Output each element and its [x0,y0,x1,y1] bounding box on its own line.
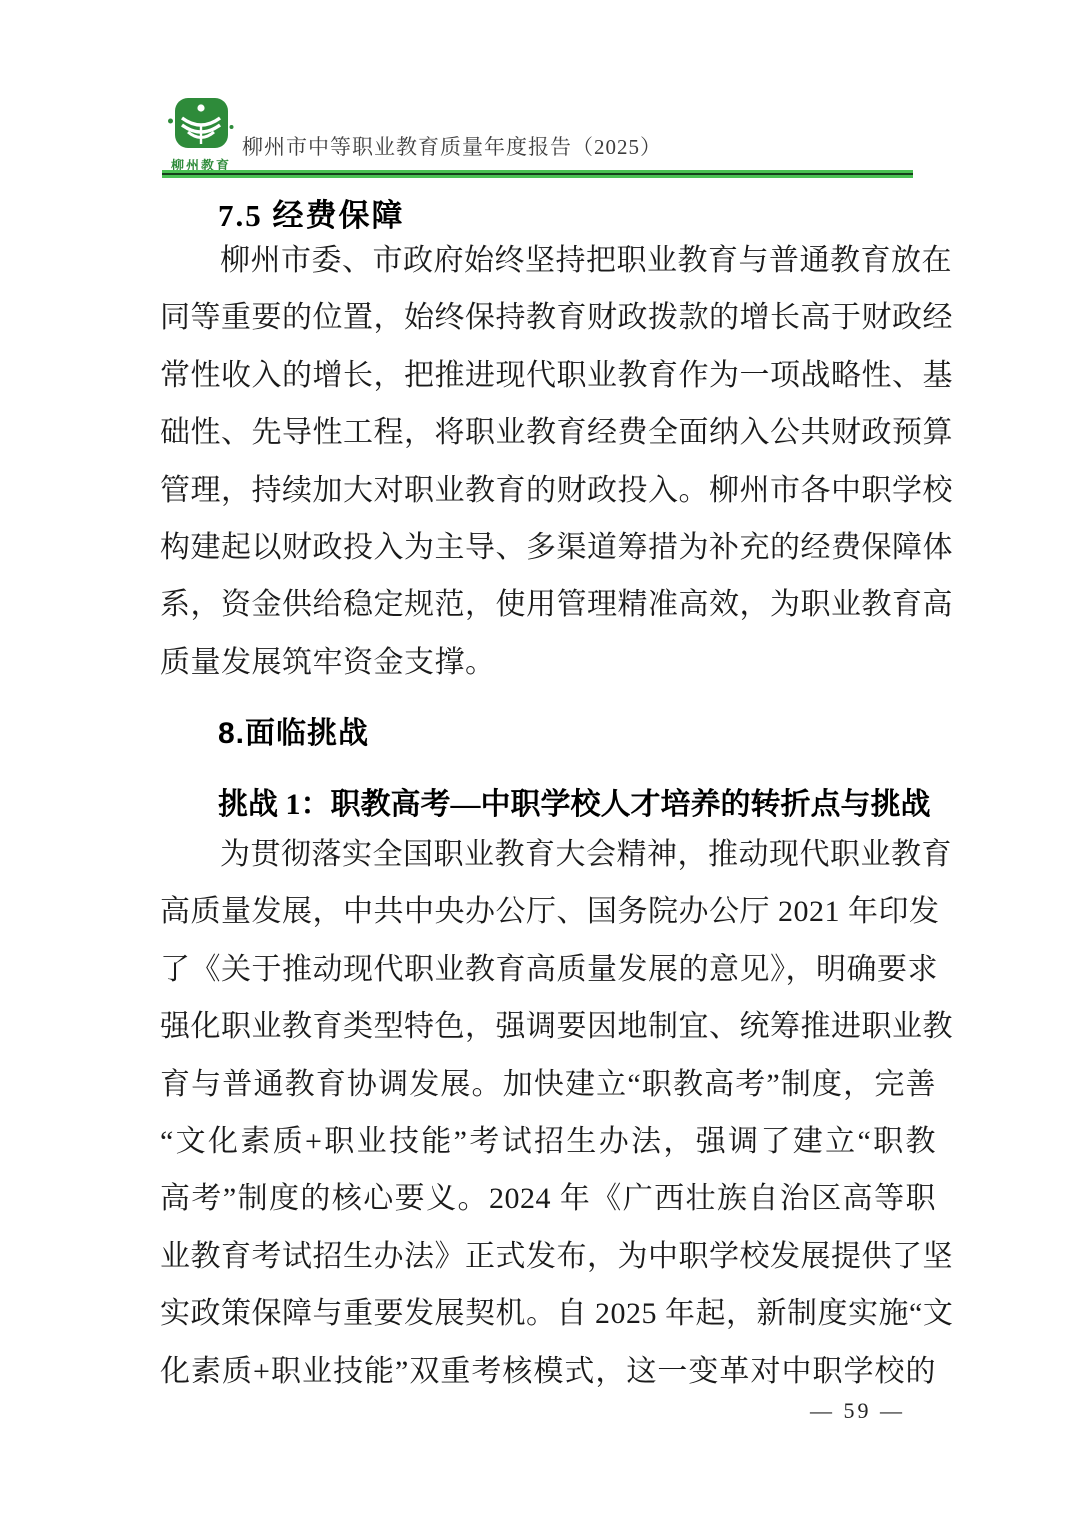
paragraph-challenge-1: 为贯彻落实全国职业教育大会精神，推动现代职业教育高质量发展，中共中央办公厅、国务… [160,826,936,1400]
text-line: 构建起以财政投入为主导、多渠道筹措为补充的经费保障体 [160,519,936,576]
text-line: 为贯彻落实全国职业教育大会精神，推动现代职业教育 [160,826,936,883]
text-line: 业教育考试招生办法》正式发布，为中职学校发展提供了坚 [160,1228,936,1285]
text-line: 高考”制度的核心要义。2024 年《广西壮族自治区高等职 [160,1170,936,1227]
text-line: 强化职业教育类型特色，强调要因地制宜、统筹推进职业教 [160,998,936,1055]
text-line: 柳州市委、市政府始终坚持把职业教育与普通教育放在 [160,232,936,289]
paragraph-funding-guarantee: 柳州市委、市政府始终坚持把职业教育与普通教育放在同等重要的位置，始终保持教育财政… [160,232,936,691]
text-line: 础性、先导性工程，将职业教育经费全面纳入公共财政预算 [160,404,936,461]
report-title: 柳州市中等职业教育质量年度报告（2025） [242,131,662,161]
header-divider-rule [162,170,913,178]
liuzhou-education-logo: 柳州教育 [165,98,237,174]
challenge-1-heading: 挑战 1：职教高考—中职学校人才培养的转折点与挑战 [218,779,936,823]
text-line: 系，资金供给稳定规范，使用管理精准高效，为职业教育高 [160,576,936,633]
section-heading-8: 8.面临挑战 [218,708,936,752]
text-line: 管理，持续加大对职业教育的财政投入。柳州市各中职学校 [160,462,936,519]
page-number: — 59 — [810,1398,905,1424]
document-page: 柳州教育 柳州市中等职业教育质量年度报告（2025） 7.5 经费保障 柳州市委… [0,0,1074,1520]
text-line: 高质量发展，中共中央办公厅、国务院办公厅 2021 年印发 [160,883,936,940]
text-line: 育与普通教育协调发展。加快建立“职教高考”制度，完善 [160,1056,936,1113]
text-line: 常性收入的增长，把推进现代职业教育作为一项战略性、基 [160,347,936,404]
text-line: 质量发展筑牢资金支撑。 [160,634,936,691]
section-heading-7-5: 7.5 经费保障 [218,190,936,235]
logo-icon [168,98,234,154]
text-line: “文化素质+职业技能”考试招生办法，强调了建立“职教 [160,1113,936,1170]
text-line: 了《关于推动现代职业教育高质量发展的意见》，明确要求 [160,941,936,998]
text-line: 同等重要的位置，始终保持教育财政拨款的增长高于财政经 [160,289,936,346]
text-line: 实政策保障与重要发展契机。自 2025 年起，新制度实施“文 [160,1285,936,1342]
text-line: 化素质+职业技能”双重考核模式，这一变革对中职学校的 [160,1343,936,1400]
